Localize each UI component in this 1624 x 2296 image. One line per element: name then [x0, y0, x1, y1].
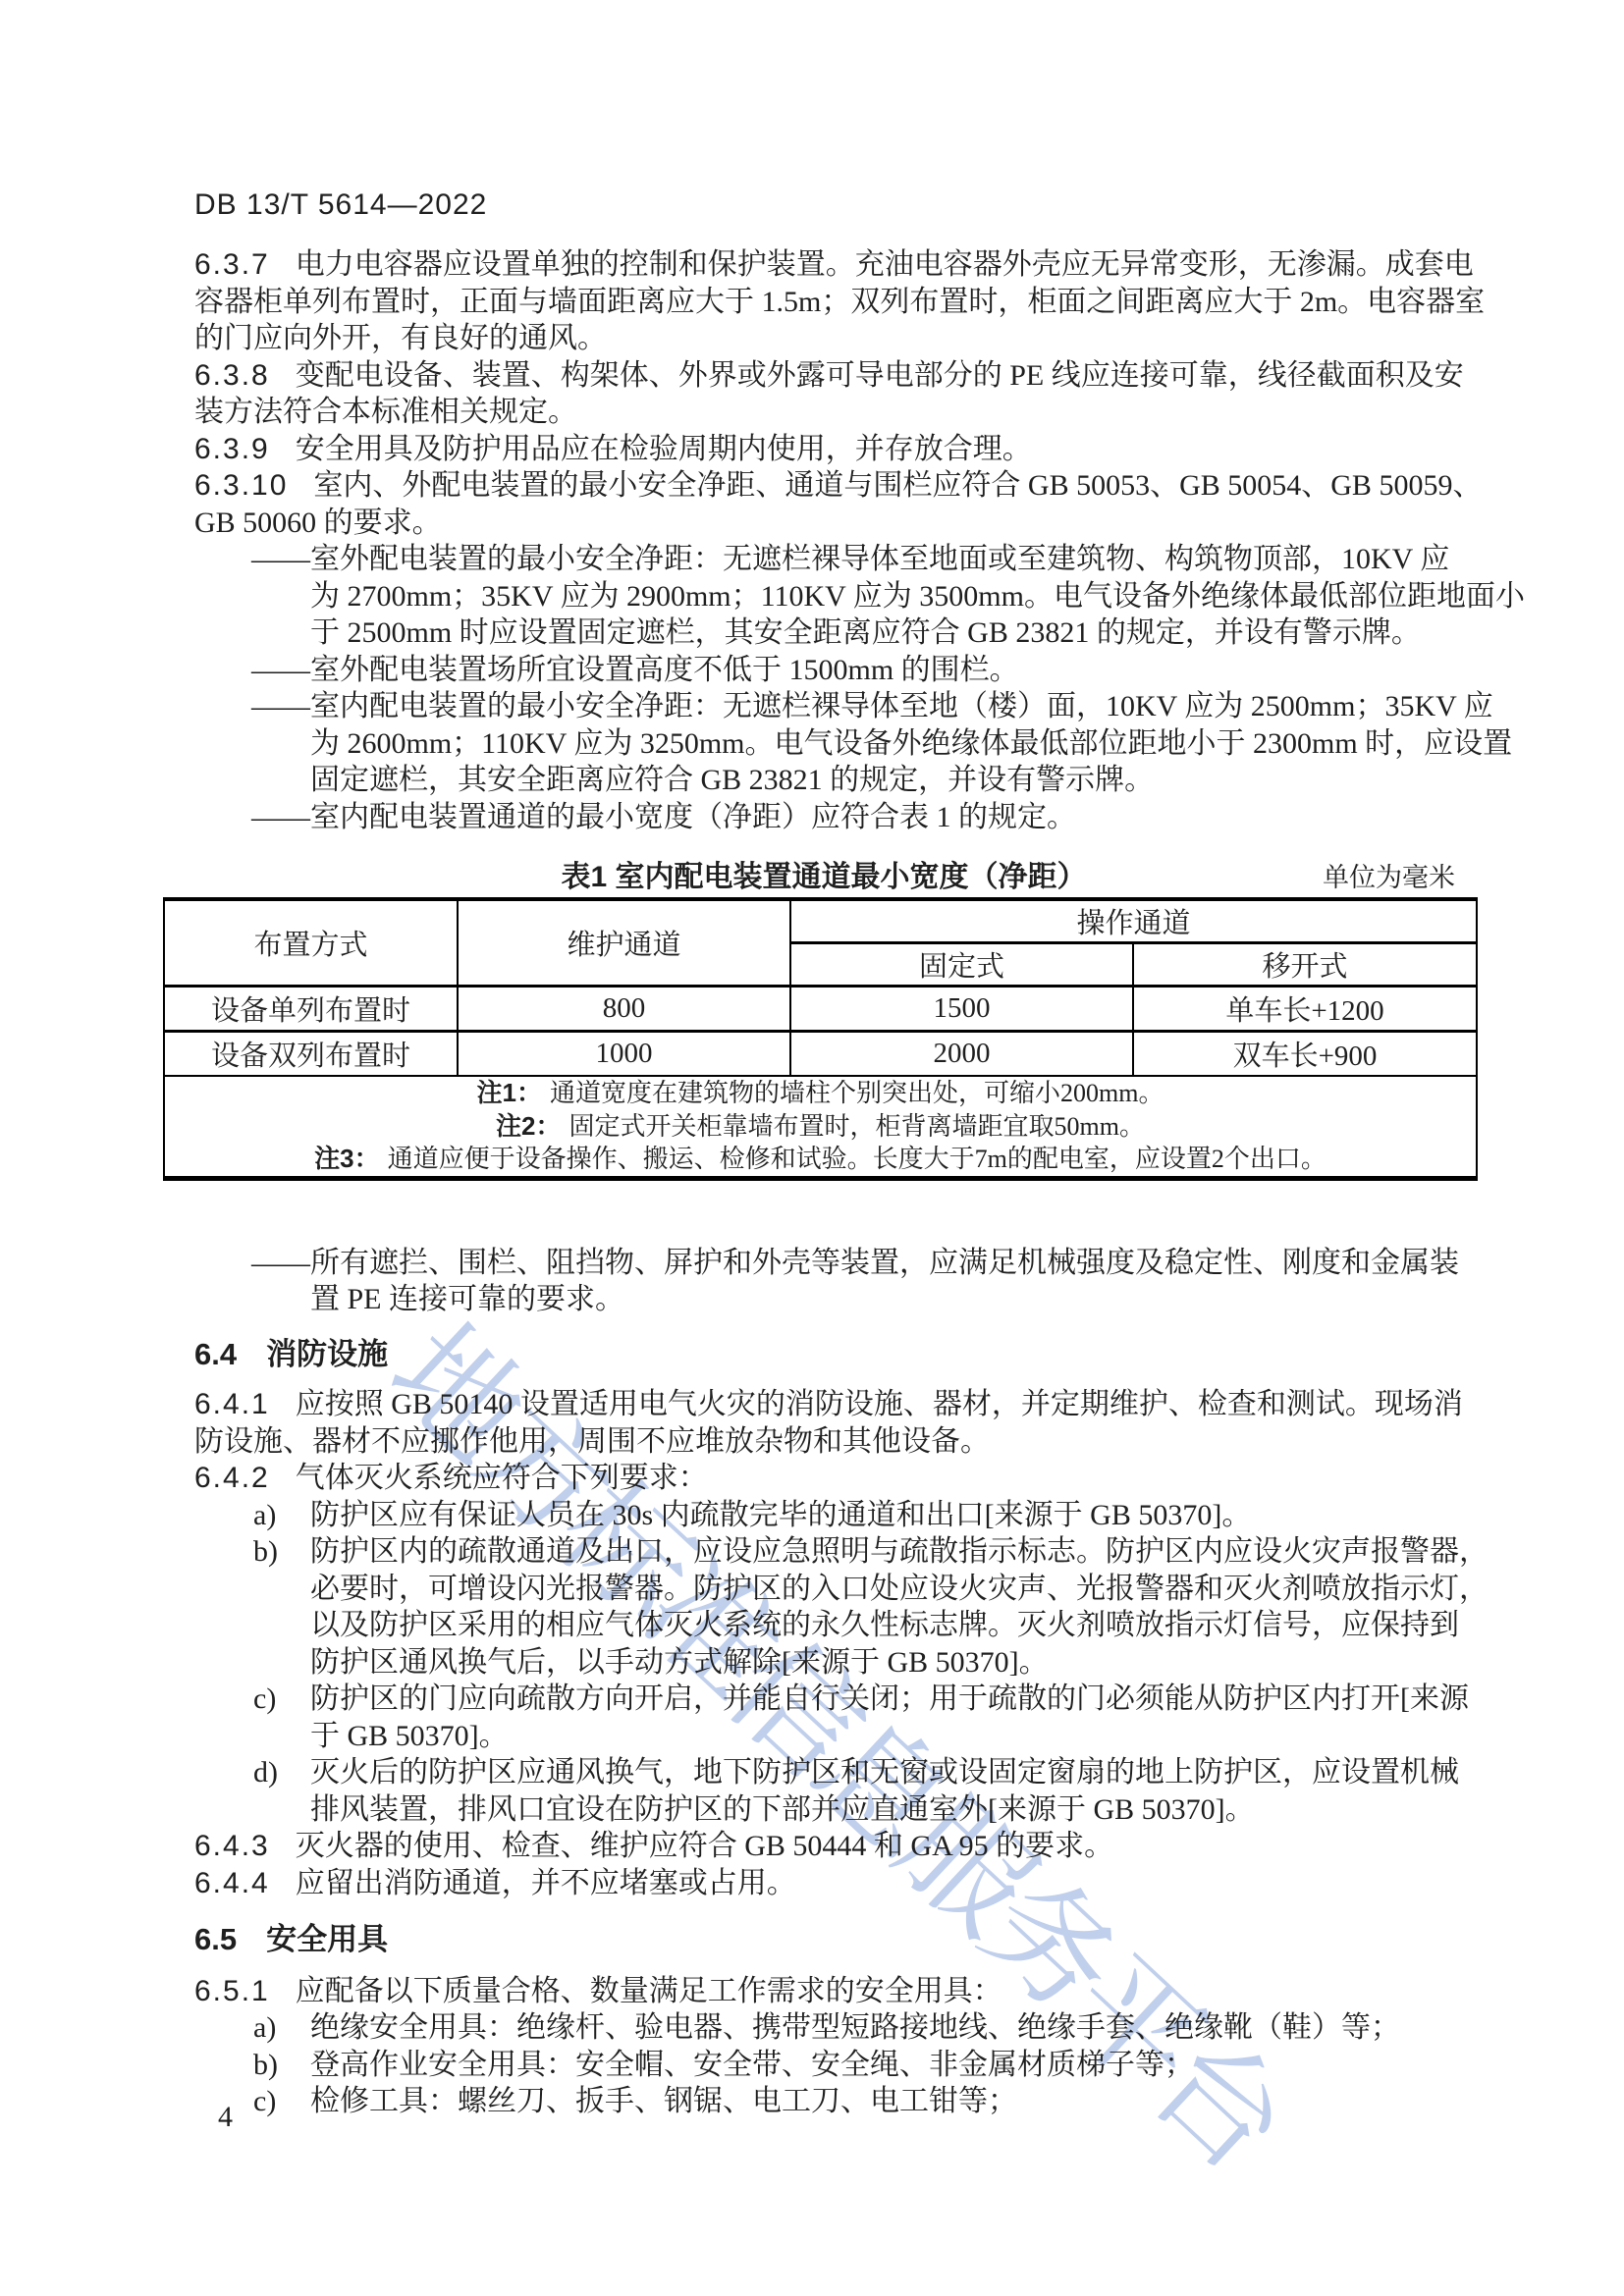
- table-note: 注1：通道宽度在建筑物的墙柱个别突出处，可缩小200mm。: [165, 1077, 1476, 1110]
- text-line: 固定遮栏，其安全距离应符合 GB 23821 的规定，并设有警示牌。: [194, 762, 1453, 799]
- item-marker: b): [253, 1533, 310, 1571]
- table-cell: 双车长+900: [1133, 1032, 1477, 1077]
- dash-item: ——所有遮拦、围栏、阻挡物、屏护和外壳等装置，应满足机械强度及稳定性、刚度和金属…: [194, 1245, 1453, 1318]
- text-line: 防护区通风换气后，以手动方式解除[来源于 GB 50370]。: [194, 1644, 1453, 1682]
- text-line: ——室内配电装置通道的最小宽度（净距）应符合表 1 的规定。: [194, 799, 1453, 836]
- section-heading-6.5: 6.5安全用具: [194, 1921, 1453, 1958]
- clause-6.3.8: 6.3.8变配电设备、装置、构架体、外界或外露可导电部分的 PE 线应连接可靠，…: [194, 357, 1453, 431]
- table-cell: 设备单列布置时: [164, 987, 458, 1032]
- text-line: a)绝缘安全用具：绝缘杆、验电器、携带型短路接地线、绝缘手套、绝缘靴（鞋）等；: [194, 2009, 1453, 2047]
- lettered-item: b)登高作业安全用具：安全帽、安全带、安全绳、非金属材质梯子等；: [194, 2047, 1453, 2084]
- text-line: d)灭火后的防护区应通风换气，地下防护区和无窗或设固定窗扇的地上防护区，应设置机…: [194, 1754, 1453, 1791]
- doc-code: DB 13/T 5614—2022: [194, 188, 487, 222]
- dash-item: ——室外配电装置场所宜设置高度不低于 1500mm 的围栏。: [194, 652, 1453, 689]
- text-line: c)检修工具：螺丝刀、扳手、钢锯、电工刀、电工钳等；: [194, 2083, 1453, 2120]
- lettered-item: c)防护区的门应向疏散方向开启，并能自行关闭；用于疏散的门必须能从防护区内打开[…: [194, 1681, 1453, 1754]
- text-line: 容器柜单列布置时，正面与墙面距离应大于 1.5m；双列布置时，柜面之间距离应大于…: [194, 284, 1453, 321]
- table-title-row: 表1 室内配电装置通道最小宽度（净距） 单位为毫米: [194, 858, 1453, 897]
- table-header-row-1: 布置方式 维护通道 操作通道: [164, 899, 1477, 943]
- section-number: 6.5: [194, 1922, 237, 1956]
- dash-item: ——室内配电装置通道的最小宽度（净距）应符合表 1 的规定。: [194, 799, 1453, 836]
- document-page: 地方标准信息服务平台 DB 13/T 5614—2022 6.3.7电力电容器应…: [0, 0, 1624, 2296]
- col-header-operation-group: 操作通道: [790, 899, 1477, 943]
- clause-number: 6.4.3: [194, 1830, 270, 1862]
- section-title: 消防设施: [266, 1337, 388, 1371]
- table-cell: 设备双列布置时: [164, 1032, 458, 1077]
- section-number: 6.4: [194, 1337, 237, 1371]
- item-marker: d): [253, 1754, 310, 1791]
- table-cell: 800: [458, 987, 790, 1032]
- text-line: a)防护区应有保证人员在 30s 内疏散完毕的通道和出口[来源于 GB 5037…: [194, 1497, 1453, 1534]
- text-line: 排风装置，排风口宜设在防护区的下部并应直通室外[来源于 GB 50370]。: [194, 1791, 1453, 1829]
- table-cell: 2000: [790, 1032, 1133, 1077]
- text-line: 6.4.4应留出消防通道，并不应堵塞或占用。: [194, 1865, 1453, 1902]
- text-line: 6.5.1应配备以下质量合格、数量满足工作需求的安全用具：: [194, 1973, 1453, 2010]
- table-note: 注3：通道应便于设备操作、搬运、检修和试验。长度大于7m的配电室，应设置2个出口…: [165, 1143, 1476, 1176]
- table-notes-cell: 注1：通道宽度在建筑物的墙柱个别突出处，可缩小200mm。注2：固定式开关柜靠墙…: [164, 1076, 1477, 1178]
- clause-6.4.4: 6.4.4应留出消防通道，并不应堵塞或占用。: [194, 1865, 1453, 1902]
- clause-number: 6.4.2: [194, 1462, 270, 1494]
- text-line: c)防护区的门应向疏散方向开启，并能自行关闭；用于疏散的门必须能从防护区内打开[…: [194, 1681, 1453, 1718]
- dash-item: ——室内配电装置的最小安全净距：无遮栏裸导体至地（楼）面，10KV 应为 250…: [194, 688, 1453, 799]
- min-width-table: 布置方式 维护通道 操作通道 固定式 移开式 设备单列布置时8001500单车长…: [163, 897, 1478, 1181]
- text-line: 6.4.1应按照 GB 50140 设置适用电气火灾的消防设施、器材，并定期维护…: [194, 1386, 1453, 1423]
- item-marker: a): [253, 1497, 310, 1534]
- col-header-maintenance: 维护通道: [458, 899, 790, 987]
- clause-6.5.1: 6.5.1应配备以下质量合格、数量满足工作需求的安全用具：: [194, 1973, 1453, 2010]
- clause-number: 6.3.7: [194, 248, 270, 281]
- item-marker: c): [253, 1681, 310, 1718]
- text-line: 置 PE 连接可靠的要求。: [194, 1281, 1453, 1318]
- lettered-item: b)防护区内的疏散通道及出口，应设应急照明与疏散指示标志。防护区内应设火灾声报警…: [194, 1533, 1453, 1681]
- item-marker: c): [253, 2083, 310, 2120]
- item-marker: b): [253, 2047, 310, 2084]
- text-line: b)登高作业安全用具：安全帽、安全带、安全绳、非金属材质梯子等；: [194, 2047, 1453, 2084]
- section-heading-line: 6.4消防设施: [194, 1336, 1453, 1373]
- clause-6.3.10: 6.3.10室内、外配电装置的最小安全净距、通道与围栏应符合 GB 50053、…: [194, 467, 1453, 541]
- table-note-label: 注1：: [477, 1078, 542, 1107]
- clauses-after-table: ——所有遮拦、围栏、阻挡物、屏护和外壳等装置，应满足机械强度及稳定性、刚度和金属…: [194, 1245, 1453, 2120]
- section-heading-6.4: 6.4消防设施: [194, 1336, 1453, 1373]
- text-line: 为 2700mm；35KV 应为 2900mm；110KV 应为 3500mm。…: [194, 578, 1453, 615]
- text-line: ——室内配电装置的最小安全净距：无遮栏裸导体至地（楼）面，10KV 应为 250…: [194, 688, 1453, 725]
- text-line: 为 2600mm；110KV 应为 3250mm。电气设备外绝缘体最低部位距地小…: [194, 725, 1453, 763]
- clause-number: 6.5.1: [194, 1975, 270, 2007]
- clause-6.4.1: 6.4.1应按照 GB 50140 设置适用电气火灾的消防设施、器材，并定期维护…: [194, 1386, 1453, 1460]
- col-header-fixed: 固定式: [790, 943, 1133, 987]
- clause-6.4.2: 6.4.2气体灭火系统应符合下列要求：: [194, 1460, 1453, 1497]
- clause-number: 6.3.10: [194, 469, 288, 502]
- text-line: ——室外配电装置场所宜设置高度不低于 1500mm 的围栏。: [194, 652, 1453, 689]
- text-line: 于 2500mm 时应设置固定遮栏，其安全距离应符合 GB 23821 的规定，…: [194, 614, 1453, 652]
- text-line: GB 50060 的要求。: [194, 505, 1453, 542]
- text-line: 6.4.2气体灭火系统应符合下列要求：: [194, 1460, 1453, 1497]
- col-header-removable: 移开式: [1133, 943, 1477, 987]
- item-marker: a): [253, 2009, 310, 2047]
- document-body: 6.3.7电力电容器应设置单独的控制和保护装置。充油电容器外壳应无异常变形，无渗…: [194, 246, 1453, 2120]
- text-line: ——所有遮拦、围栏、阻挡物、屏护和外壳等装置，应满足机械强度及稳定性、刚度和金属…: [194, 1245, 1453, 1282]
- table-row: 设备单列布置时8001500单车长+1200: [164, 987, 1477, 1032]
- lettered-item: a)绝缘安全用具：绝缘杆、验电器、携带型短路接地线、绝缘手套、绝缘靴（鞋）等；: [194, 2009, 1453, 2047]
- table-note-label: 注3：: [314, 1144, 379, 1173]
- text-line: ——室外配电装置的最小安全净距：无遮栏裸导体至地面或至建筑物、构筑物顶部，10K…: [194, 541, 1453, 578]
- table-note-label: 注2：: [496, 1111, 561, 1141]
- clause-number: 6.3.8: [194, 359, 270, 392]
- text-line: 6.3.10室内、外配电装置的最小安全净距、通道与围栏应符合 GB 50053、…: [194, 467, 1453, 505]
- table-row: 设备双列布置时10002000双车长+900: [164, 1032, 1477, 1077]
- lettered-item: d)灭火后的防护区应通风换气，地下防护区和无窗或设固定窗扇的地上防护区，应设置机…: [194, 1754, 1453, 1828]
- clause-number: 6.4.4: [194, 1867, 270, 1899]
- lettered-item: a)防护区应有保证人员在 30s 内疏散完毕的通道和出口[来源于 GB 5037…: [194, 1497, 1453, 1534]
- dash-item: ——室外配电装置的最小安全净距：无遮栏裸导体至地面或至建筑物、构筑物顶部，10K…: [194, 541, 1453, 652]
- text-line: b)防护区内的疏散通道及出口，应设应急照明与疏散指示标志。防护区内应设火灾声报警…: [194, 1533, 1453, 1571]
- text-line: 于 GB 50370]。: [194, 1718, 1453, 1755]
- clause-6.3.7: 6.3.7电力电容器应设置单独的控制和保护装置。充油电容器外壳应无异常变形，无渗…: [194, 246, 1453, 357]
- text-line: 以及防护区采用的相应气体灭火系统的永久性标志牌。灭火剂喷放指示灯信号，应保持到: [194, 1607, 1453, 1644]
- table-cell: 单车长+1200: [1133, 987, 1477, 1032]
- text-line: 6.4.3灭火器的使用、检查、维护应符合 GB 50444 和 GA 95 的要…: [194, 1828, 1453, 1865]
- clause-6.3.9: 6.3.9安全用具及防护用品应在检验周期内使用，并存放合理。: [194, 431, 1453, 468]
- text-line: 6.3.7电力电容器应设置单独的控制和保护装置。充油电容器外壳应无异常变形，无渗…: [194, 246, 1453, 284]
- section-heading-line: 6.5安全用具: [194, 1921, 1453, 1958]
- clauses-before-table: 6.3.7电力电容器应设置单独的控制和保护装置。充油电容器外壳应无异常变形，无渗…: [194, 246, 1453, 835]
- table-unit-note: 单位为毫米: [1323, 858, 1455, 897]
- table-cell: 1500: [790, 987, 1133, 1032]
- text-line: 必要时，可增设闪光报警器。防护区的入口处应设火灾声、光报警器和灭火剂喷放指示灯，: [194, 1571, 1453, 1608]
- text-line: 6.3.9安全用具及防护用品应在检验周期内使用，并存放合理。: [194, 431, 1453, 468]
- text-line: 防设施、器材不应挪作他用，周围不应堆放杂物和其他设备。: [194, 1423, 1453, 1461]
- page-number: 4: [218, 2101, 233, 2134]
- clause-6.4.3: 6.4.3灭火器的使用、检查、维护应符合 GB 50444 和 GA 95 的要…: [194, 1828, 1453, 1865]
- text-line: 的门应向外开，有良好的通风。: [194, 320, 1453, 357]
- table-cell: 1000: [458, 1032, 790, 1077]
- table-title: 表1 室内配电装置通道最小宽度（净距）: [194, 858, 1453, 897]
- clause-number: 6.3.9: [194, 433, 270, 465]
- text-line: 装方法符合本标准相关规定。: [194, 394, 1453, 431]
- text-line: 6.3.8变配电设备、装置、构架体、外界或外露可导电部分的 PE 线应连接可靠，…: [194, 357, 1453, 395]
- table-note: 注2：固定式开关柜靠墙布置时，柜背离墙距宜取50mm。: [165, 1110, 1476, 1144]
- clause-number: 6.4.1: [194, 1388, 270, 1420]
- table-notes-row: 注1：通道宽度在建筑物的墙柱个别突出处，可缩小200mm。注2：固定式开关柜靠墙…: [164, 1076, 1477, 1178]
- col-header-layout: 布置方式: [164, 899, 458, 987]
- lettered-item: c)检修工具：螺丝刀、扳手、钢锯、电工刀、电工钳等；: [194, 2083, 1453, 2120]
- section-title: 安全用具: [266, 1922, 388, 1956]
